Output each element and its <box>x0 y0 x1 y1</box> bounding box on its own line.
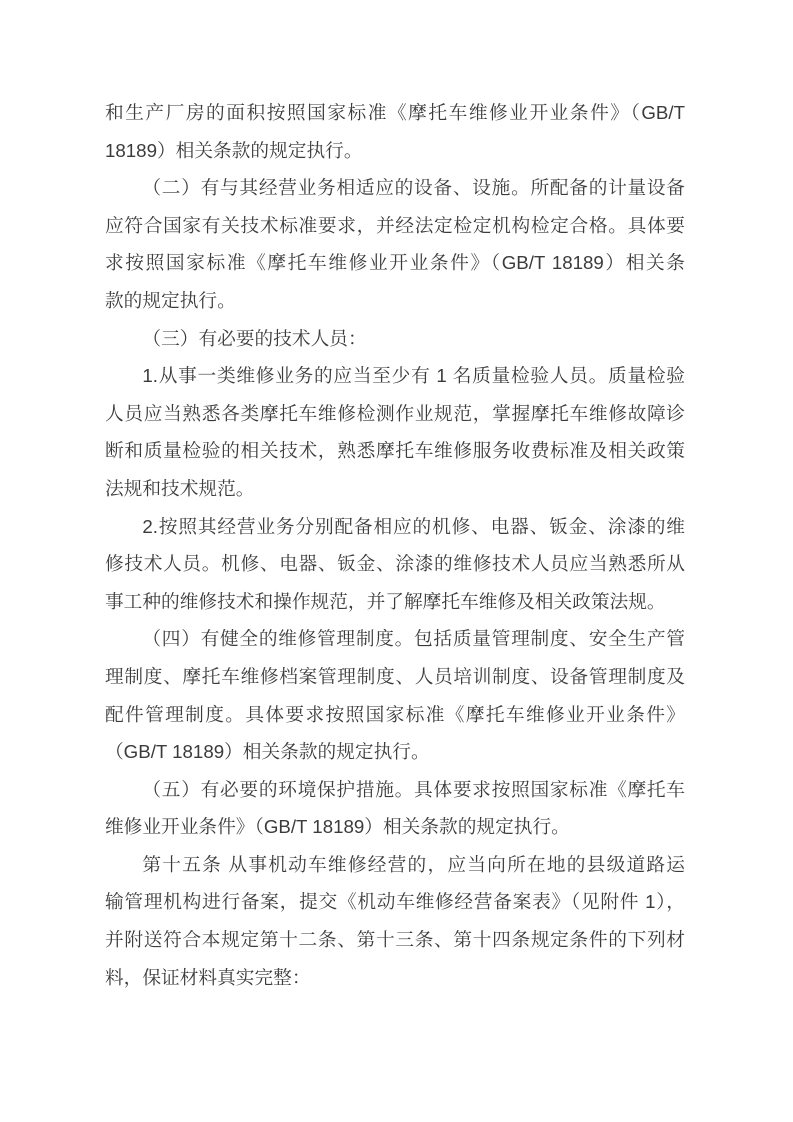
text-line: （三）有必要的技术人员： <box>105 320 685 358</box>
text-line: （二）有与其经营业务相适应的设备、设施。所配备的计量设备 <box>105 169 685 207</box>
document-page: 和生产厂房的面积按照国家标准《摩托车维修业开业条件》（GB/T 18189）相关… <box>0 0 793 1122</box>
text-line: 料，保证材料真实完整： <box>105 959 685 997</box>
text-line: 配件管理制度。具体要求按照国家标准《摩托车维修业开业条件》 <box>105 696 685 734</box>
text-line: 2.按照其经营业务分别配备相应的机修、电器、钣金、涂漆的维 <box>105 508 685 546</box>
text-line: 款的规定执行。 <box>105 282 685 320</box>
text-line: 第十五条 从事机动车维修经营的，应当向所在地的县级道路运 <box>105 846 685 884</box>
text-line: （GB/T 18189）相关条款的规定执行。 <box>105 733 685 771</box>
text-line: 修技术人员。机修、电器、钣金、涂漆的维修技术人员应当熟悉所从 <box>105 545 685 583</box>
text-line: 理制度、摩托车维修档案管理制度、人员培训制度、设备管理制度及 <box>105 658 685 696</box>
text-line: （五）有必要的环境保护措施。具体要求按照国家标准《摩托车 <box>105 771 685 809</box>
document-text-block: 和生产厂房的面积按照国家标准《摩托车维修业开业条件》（GB/T 18189）相关… <box>105 94 685 996</box>
text-line: 并附送符合本规定第十二条、第十三条、第十四条规定条件的下列材 <box>105 921 685 959</box>
text-line: 断和质量检验的相关技术，熟悉摩托车维修服务收费标准及相关政策 <box>105 432 685 470</box>
text-line: 法规和技术规范。 <box>105 470 685 508</box>
text-line: 维修业开业条件》（GB/T 18189）相关条款的规定执行。 <box>105 808 685 846</box>
text-line: 应符合国家有关技术标准要求，并经法定检定机构检定合格。具体要 <box>105 207 685 245</box>
text-line: 求按照国家标准《摩托车维修业开业条件》（GB/T 18189）相关条 <box>105 244 685 282</box>
text-line: 18189）相关条款的规定执行。 <box>105 132 685 170</box>
text-line: 和生产厂房的面积按照国家标准《摩托车维修业开业条件》（GB/T <box>105 94 685 132</box>
text-line: （四）有健全的维修管理制度。包括质量管理制度、安全生产管 <box>105 620 685 658</box>
text-line: 事工种的维修技术和操作规范，并了解摩托车维修及相关政策法规。 <box>105 583 685 621</box>
text-line: 人员应当熟悉各类摩托车维修检测作业规范，掌握摩托车维修故障诊 <box>105 395 685 433</box>
text-line: 1.从事一类维修业务的应当至少有 1 名质量检验人员。质量检验 <box>105 357 685 395</box>
text-line: 输管理机构进行备案，提交《机动车维修经营备案表》（见附件 1）， <box>105 883 685 921</box>
